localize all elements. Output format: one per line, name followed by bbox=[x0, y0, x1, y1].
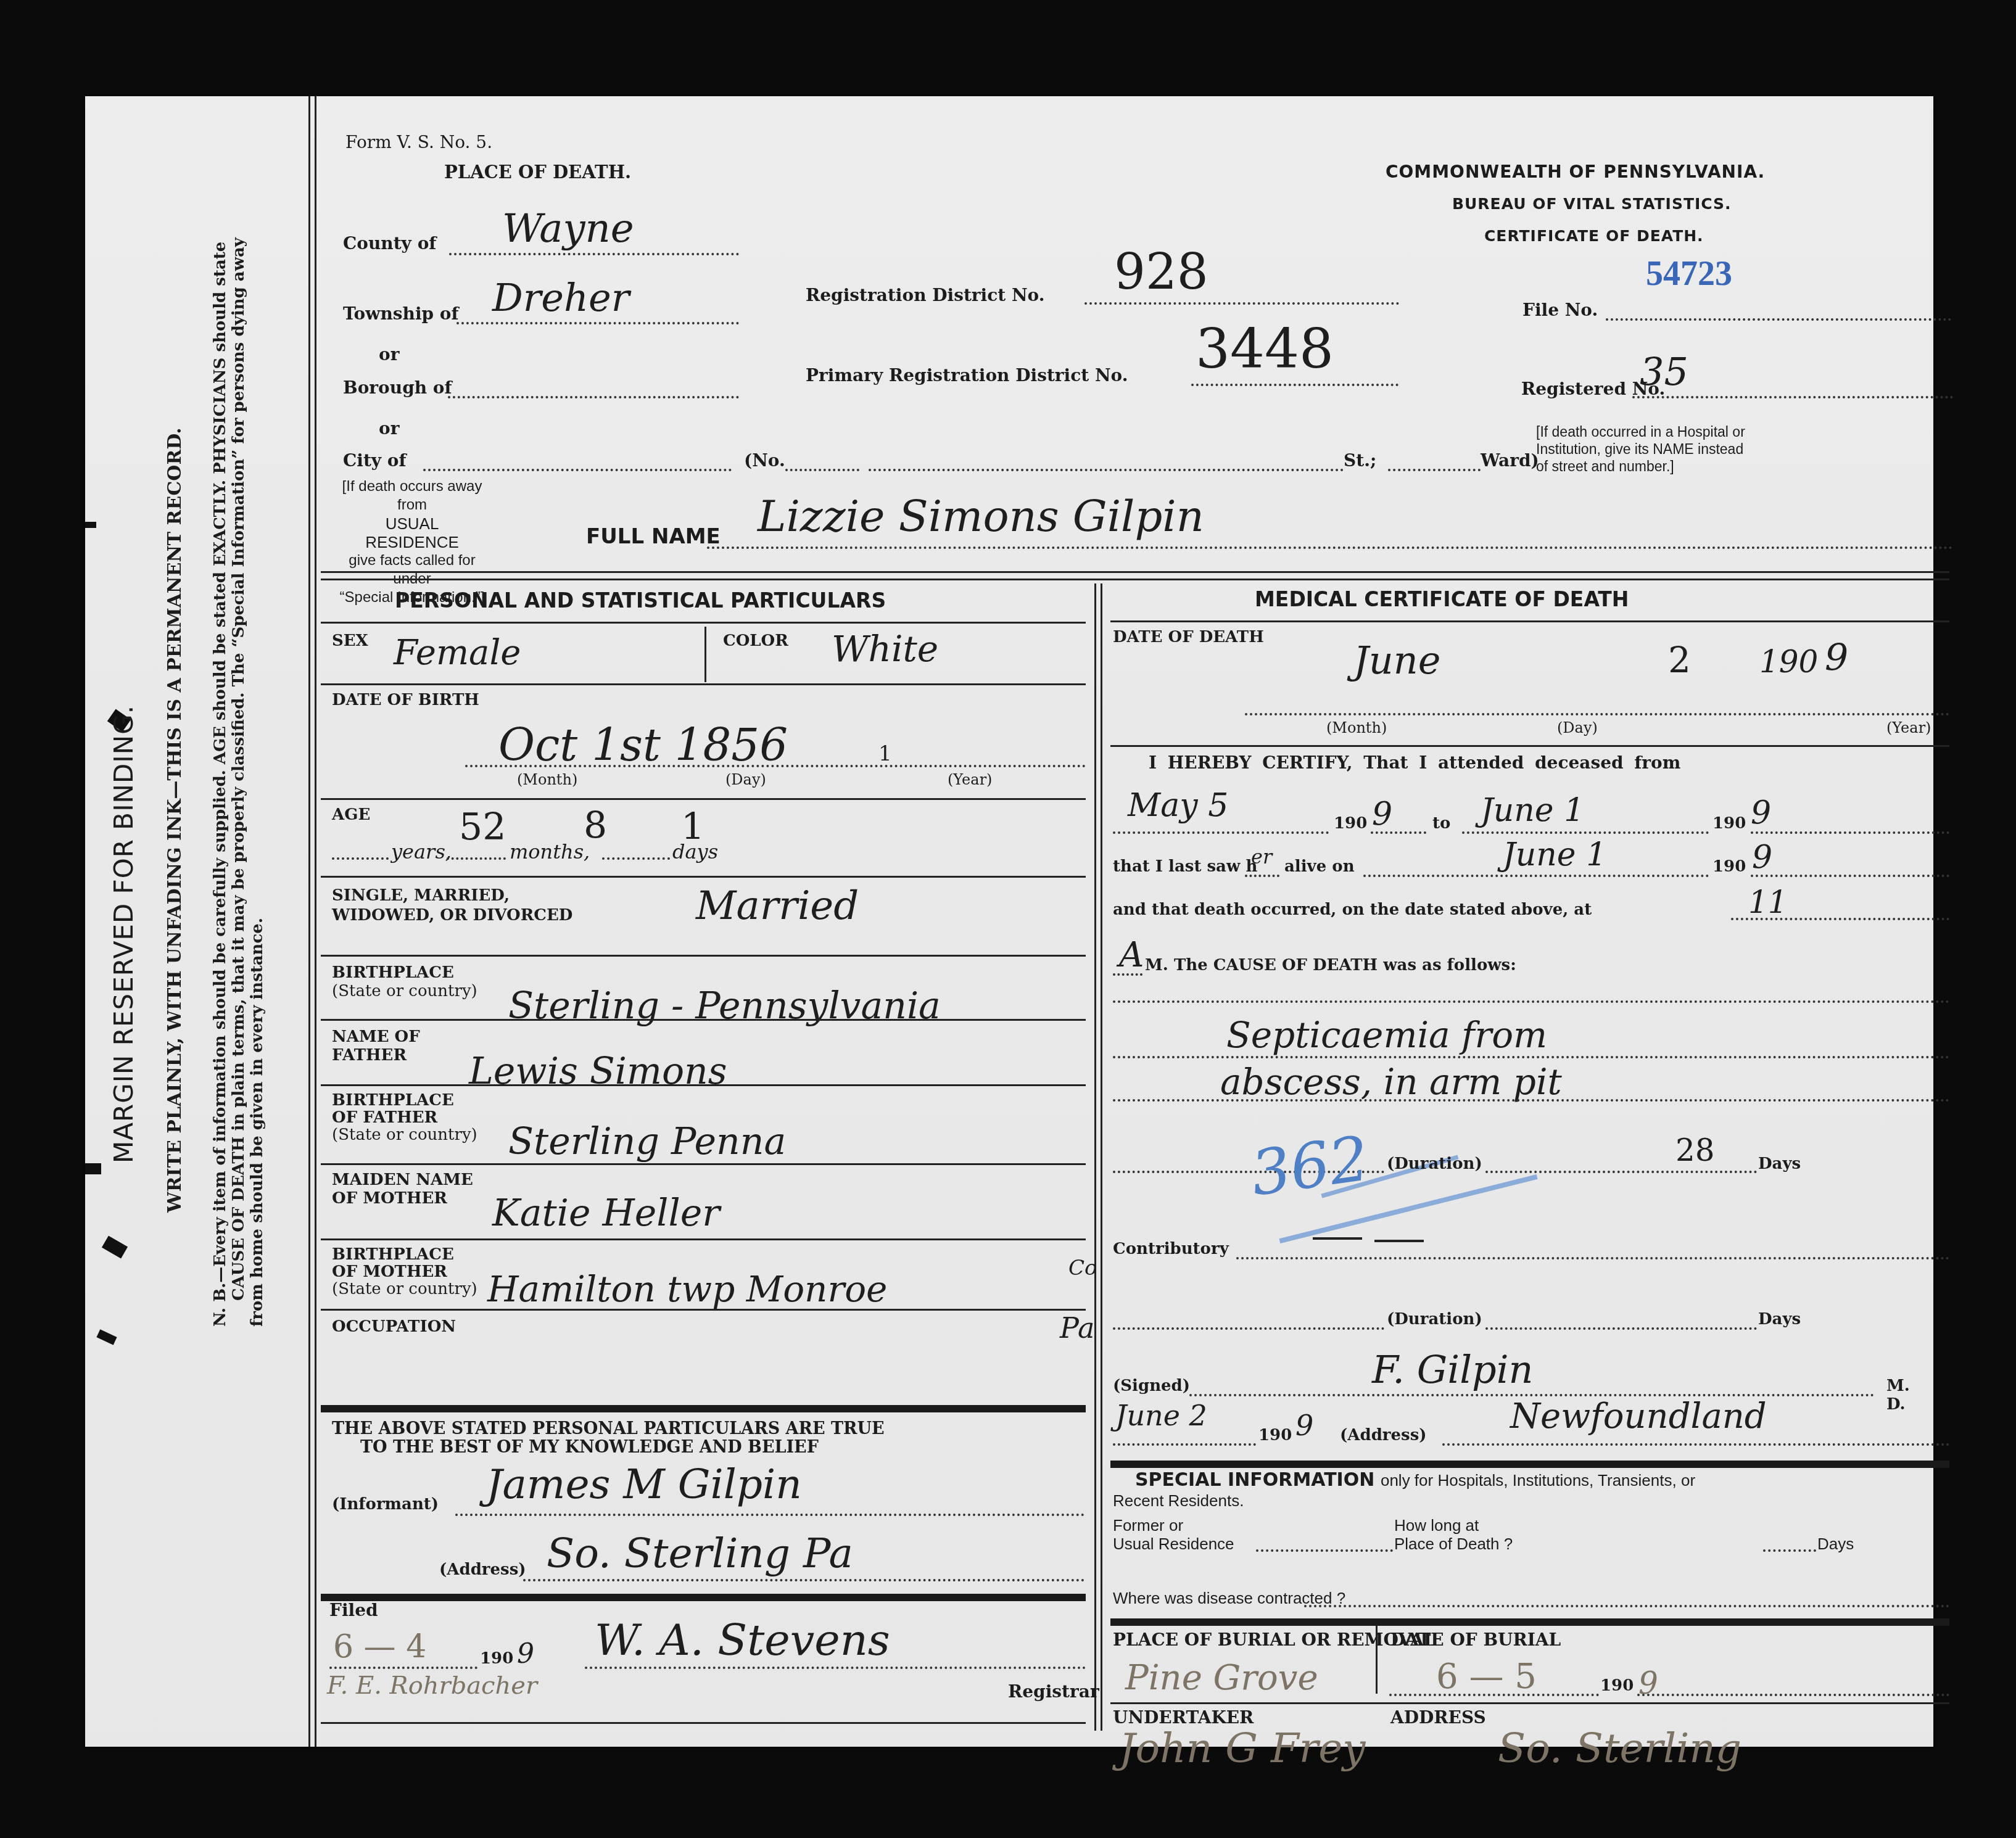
attended-from-year-prefix: 190 bbox=[1334, 814, 1367, 833]
physician-address-field[interactable] bbox=[1442, 1443, 1949, 1446]
color-label: COLOR bbox=[723, 632, 788, 650]
row-divider bbox=[1110, 620, 1949, 622]
column-divider bbox=[1094, 583, 1096, 1731]
filed-year-prefix: 190 bbox=[480, 1649, 513, 1668]
commonwealth-title: COMMONWEALTH OF PENNSYLVANIA. bbox=[1386, 162, 1765, 182]
bottom-rule bbox=[321, 1722, 1086, 1724]
filed-label: Filed bbox=[329, 1600, 378, 1620]
dob-value: Oct 1st 1856 bbox=[498, 719, 788, 771]
borough-label: Borough of bbox=[343, 377, 452, 398]
date-of-death-day: 2 bbox=[1668, 639, 1691, 681]
years-caption: years, bbox=[391, 840, 452, 863]
burial-date-field[interactable] bbox=[1389, 1694, 1599, 1696]
city-field[interactable] bbox=[423, 469, 732, 471]
burial-place-label: PLACE OF BURIAL OR REMOVAL bbox=[1113, 1630, 1436, 1650]
contributory-label: Contributory bbox=[1113, 1240, 1229, 1258]
marital-status-label: SINGLE, MARRIED, WIDOWED, OR DIVORCED bbox=[332, 886, 572, 925]
binding-tear bbox=[85, 1163, 101, 1174]
registrar-signature: W. A. Stevens bbox=[595, 1615, 890, 1665]
borough-field[interactable] bbox=[448, 396, 739, 398]
row-divider bbox=[321, 1309, 1086, 1311]
dob-year-caption: (Year) bbox=[948, 771, 992, 788]
father-birthplace-label: BIRTHPLACE OF FATHER (State or country) bbox=[332, 1092, 477, 1144]
certificate-title: CERTIFICATE OF DEATH. bbox=[1484, 227, 1704, 245]
section-divider bbox=[1110, 1618, 1949, 1626]
months-caption: months, bbox=[510, 840, 590, 863]
sex-value: Female bbox=[394, 633, 521, 673]
age-label: AGE bbox=[332, 806, 370, 824]
filed-date-field[interactable] bbox=[329, 1667, 477, 1669]
signed-date-field[interactable] bbox=[1113, 1443, 1256, 1446]
county-label: County of bbox=[343, 233, 436, 253]
certify-statement: I HEREBY CERTIFY, That I attended deceas… bbox=[1149, 752, 1680, 773]
how-long-label: How long at Place of Death ? bbox=[1394, 1516, 1513, 1553]
special-information-heading: SPECIAL INFORMATION only for Hospitals, … bbox=[1135, 1469, 1695, 1491]
disease-contracted-field[interactable] bbox=[1304, 1605, 1949, 1607]
personal-section-title: PERSONAL AND STATISTICAL PARTICULARS bbox=[395, 588, 886, 612]
cause-of-death-intro: M. The CAUSE OF DEATH was as follows: bbox=[1145, 956, 1516, 975]
physician-address-value: Newfoundland bbox=[1510, 1396, 1767, 1436]
informant-label: (Informant) bbox=[332, 1495, 439, 1514]
signed-year-prefix: 190 bbox=[1258, 1426, 1292, 1444]
former-residence-field[interactable] bbox=[1256, 1549, 1393, 1552]
row-divider bbox=[321, 683, 1086, 685]
row-divider bbox=[321, 955, 1086, 957]
full-name-label: FULL NAME bbox=[586, 524, 721, 549]
dod-year-caption: (Year) bbox=[1886, 719, 1931, 736]
physician-signature: F. Gilpin bbox=[1372, 1347, 1533, 1392]
row-divider bbox=[321, 798, 1086, 800]
informant-address-value: So. Sterling Pa bbox=[547, 1530, 853, 1577]
dob-label: DATE OF BIRTH bbox=[332, 691, 479, 709]
place-of-death-title: PLACE OF DEATH. bbox=[444, 162, 631, 183]
blue-pencil-code: 362 bbox=[1247, 1122, 1373, 1210]
primary-district-field[interactable] bbox=[1191, 384, 1398, 386]
row-divider bbox=[321, 1163, 1086, 1165]
primary-district-value: 3448 bbox=[1196, 317, 1334, 381]
attended-to-year: 9 bbox=[1751, 794, 1771, 831]
sex-color-divider bbox=[704, 627, 706, 682]
occupation-value[interactable] bbox=[480, 1315, 727, 1340]
cause-field-1[interactable] bbox=[1113, 1000, 1949, 1003]
margin-border bbox=[315, 96, 316, 1747]
permanent-record-notice: WRITE PLAINLY, WITH UNFADING INK—THIS IS… bbox=[164, 427, 186, 1213]
cause-dash-mark bbox=[1313, 1237, 1362, 1240]
filed-date-value: 6 — 4 bbox=[333, 1628, 426, 1665]
informant-address-label: (Address) bbox=[439, 1560, 526, 1579]
undertaker-address-value: So. Sterling bbox=[1498, 1725, 1741, 1772]
attended-to-year-field[interactable] bbox=[1751, 831, 1949, 834]
father-birthplace-value: Sterling Penna bbox=[508, 1120, 786, 1163]
father-name-label: NAME OF FATHER bbox=[332, 1028, 420, 1065]
dob-field[interactable] bbox=[465, 765, 1086, 767]
date-of-death-month: June bbox=[1353, 638, 1440, 683]
row-divider bbox=[321, 1238, 1086, 1240]
duration-field[interactable] bbox=[1485, 1171, 1757, 1173]
street-label: St.; bbox=[1344, 450, 1376, 471]
county-field[interactable] bbox=[449, 253, 739, 255]
attended-from-year-field[interactable] bbox=[1371, 831, 1426, 834]
last-saw-date-field[interactable] bbox=[1363, 875, 1709, 877]
special-information-subtitle: Recent Residents. bbox=[1113, 1491, 1244, 1510]
md-label: M. D. bbox=[1886, 1377, 1933, 1414]
mother-birthplace-county-mark: Co bbox=[1068, 1256, 1097, 1280]
contributory-duration-field[interactable] bbox=[1485, 1327, 1757, 1330]
signed-date-value: June 2 bbox=[1115, 1399, 1207, 1432]
street-name-field[interactable] bbox=[869, 469, 1344, 471]
date-of-death-label: DATE OF DEATH bbox=[1113, 628, 1264, 646]
full-name-value: Lizzie Simons Gilpin bbox=[758, 491, 1204, 542]
clerk-signature: F. E. Rohrbacher bbox=[327, 1671, 537, 1700]
usual-residence-note: [If death occurs away from USUAL RESIDEN… bbox=[338, 477, 486, 607]
date-of-death-year-suffix: 9 bbox=[1825, 637, 1848, 680]
informant-address-field[interactable] bbox=[523, 1579, 1084, 1581]
attended-to-value: June 1 bbox=[1481, 792, 1584, 829]
last-saw-year-field[interactable] bbox=[1751, 875, 1949, 877]
duration-label: (Duration) bbox=[1387, 1155, 1482, 1173]
cause-dash-mark bbox=[1374, 1240, 1424, 1242]
attended-to-year-prefix: 190 bbox=[1712, 814, 1746, 833]
birthplace-value: Sterling - Pennsylvania bbox=[508, 984, 941, 1028]
marital-status-value: Married bbox=[696, 883, 859, 929]
last-saw-pronoun: er bbox=[1251, 845, 1272, 868]
city-label: City of bbox=[343, 450, 407, 471]
binding-tear bbox=[102, 1235, 128, 1258]
file-no-field[interactable] bbox=[1606, 318, 1951, 321]
last-saw-label: that I last saw h bbox=[1113, 857, 1257, 876]
undertaker-value: John G Frey bbox=[1119, 1725, 1366, 1772]
informant-value: James M Gilpin bbox=[486, 1461, 802, 1508]
primary-district-label: Primary Registration District No. bbox=[806, 365, 1128, 385]
signed-year-suffix: 9 bbox=[1295, 1409, 1313, 1442]
contributory-duration-preline[interactable] bbox=[1113, 1327, 1384, 1330]
row-divider bbox=[321, 622, 1086, 624]
full-name-field[interactable] bbox=[707, 546, 1953, 549]
burial-date-value: 6 — 5 bbox=[1436, 1657, 1537, 1697]
township-field[interactable] bbox=[456, 322, 739, 324]
mother-birthplace-label: BIRTHPLACE OF MOTHER (State or country) bbox=[332, 1246, 477, 1298]
last-saw-pronoun-field[interactable] bbox=[1245, 875, 1279, 877]
cause-field-2[interactable] bbox=[1113, 1056, 1949, 1058]
cause-of-death-line-2: abscess, in arm pit bbox=[1220, 1061, 1562, 1103]
street-no-label: (No. bbox=[744, 450, 785, 471]
physician-address-label: (Address) bbox=[1340, 1426, 1427, 1444]
township-label: Township of bbox=[343, 303, 459, 324]
dob-day-caption: (Day) bbox=[725, 771, 766, 788]
sex-label: SEX bbox=[332, 632, 368, 650]
death-occurred-statement: and that death occurred, on the date sta… bbox=[1113, 900, 1592, 919]
days-caption: days bbox=[672, 840, 718, 863]
row-divider bbox=[1110, 745, 1949, 747]
divider bbox=[321, 571, 1949, 573]
street-no-field[interactable] bbox=[785, 469, 859, 471]
informant-field[interactable] bbox=[455, 1514, 1084, 1516]
attended-from-value: May 5 bbox=[1128, 787, 1228, 824]
duration-value: 28 bbox=[1675, 1132, 1715, 1168]
age-days-field[interactable] bbox=[602, 857, 670, 860]
row-divider bbox=[321, 876, 1086, 878]
hospital-note: [If death occurred in a Hospital or Inst… bbox=[1536, 423, 1754, 475]
last-saw-year: 9 bbox=[1752, 839, 1772, 876]
last-saw-date-value: June 1 bbox=[1503, 836, 1606, 873]
cause-field-3[interactable] bbox=[1113, 1099, 1949, 1102]
attended-from-year: 9 bbox=[1372, 796, 1392, 833]
registration-district-value: 928 bbox=[1114, 243, 1208, 300]
ward-label: Ward) bbox=[1481, 450, 1539, 471]
file-no-label: File No. bbox=[1522, 300, 1598, 320]
dob-year-mark: 1 bbox=[878, 741, 892, 766]
dod-month-caption: (Month) bbox=[1326, 719, 1387, 736]
death-hour-value: 11 bbox=[1748, 884, 1788, 920]
bureau-title: BUREAU OF VITAL STATISTICS. bbox=[1452, 195, 1732, 213]
burial-divider bbox=[1376, 1626, 1378, 1694]
or-label: or bbox=[379, 344, 399, 365]
attended-from-field[interactable] bbox=[1113, 831, 1329, 834]
father-name-value: Lewis Simons bbox=[469, 1050, 727, 1093]
registered-no-field[interactable] bbox=[1632, 396, 1953, 398]
duration-days-label: Days bbox=[1758, 1155, 1801, 1173]
row-divider bbox=[321, 1019, 1086, 1021]
mother-maiden-name-value: Katie Heller bbox=[492, 1192, 720, 1235]
burial-place-value: Pine Grove bbox=[1125, 1658, 1318, 1698]
medical-section-title: MEDICAL CERTIFICATE OF DEATH bbox=[1255, 587, 1629, 611]
burial-year-field[interactable] bbox=[1637, 1694, 1949, 1696]
ward-field[interactable] bbox=[1388, 469, 1481, 471]
or-label: or bbox=[379, 418, 399, 439]
color-value: White bbox=[832, 628, 938, 670]
section-divider bbox=[321, 1405, 1086, 1412]
binding-tear bbox=[85, 522, 96, 528]
mother-maiden-name-label: MAIDEN NAME OF MOTHER bbox=[332, 1171, 473, 1208]
age-years-value: 52 bbox=[459, 806, 506, 849]
death-certificate-page: MARGIN RESERVED FOR BINDING. WRITE PLAIN… bbox=[85, 96, 1933, 1747]
column-divider bbox=[1101, 583, 1102, 1731]
informant-statement: THE ABOVE STATED PERSONAL PARTICULARS AR… bbox=[332, 1420, 885, 1457]
date-of-death-year-prefix: 190 bbox=[1759, 644, 1818, 680]
contributory-duration-label: (Duration) bbox=[1387, 1310, 1482, 1329]
form-number: Form V. S. No. 5. bbox=[345, 132, 492, 152]
to-label: to bbox=[1432, 814, 1450, 833]
county-value: Wayne bbox=[502, 206, 634, 252]
contributory-days-label: Days bbox=[1758, 1310, 1801, 1329]
margin-border bbox=[308, 96, 310, 1747]
how-long-days-label: Days bbox=[1817, 1535, 1854, 1554]
file-number-stamp: 54723 bbox=[1646, 254, 1732, 294]
last-saw-year-prefix: 190 bbox=[1712, 857, 1746, 876]
am-pm-field[interactable] bbox=[1113, 973, 1142, 976]
nb-instructions: N. B.—Every item of information should b… bbox=[211, 237, 266, 1327]
registrar-label: Registrar bbox=[1008, 1681, 1099, 1702]
section-divider bbox=[1110, 1461, 1949, 1468]
dob-month-caption: (Month) bbox=[517, 771, 577, 788]
row-divider bbox=[1110, 1702, 1949, 1704]
dod-day-caption: (Day) bbox=[1557, 719, 1598, 736]
mother-birthplace-value: Hamilton twp Monroe bbox=[487, 1268, 887, 1310]
contributory-field[interactable] bbox=[1236, 1257, 1949, 1259]
divider bbox=[321, 579, 1949, 580]
how-long-field[interactable] bbox=[1763, 1549, 1816, 1552]
death-hour-field[interactable] bbox=[1731, 918, 1949, 920]
mother-birthplace-state-mark: Pa bbox=[1060, 1311, 1094, 1345]
birthplace-label: BIRTHPLACE (State or country) bbox=[332, 963, 477, 1000]
township-value: Dreher bbox=[492, 275, 629, 320]
burial-year-prefix: 190 bbox=[1600, 1676, 1634, 1695]
cause-of-death-line-1: Septicaemia from bbox=[1226, 1014, 1547, 1056]
occupation-label: OCCUPATION bbox=[332, 1317, 456, 1336]
registration-district-field[interactable] bbox=[1084, 302, 1399, 305]
row-divider bbox=[321, 1084, 1086, 1086]
age-months-field[interactable] bbox=[447, 857, 506, 860]
binding-tear bbox=[96, 1329, 117, 1345]
former-residence-label: Former or Usual Residence bbox=[1113, 1516, 1234, 1553]
filed-year-suffix: 9 bbox=[517, 1638, 534, 1670]
section-divider bbox=[321, 1594, 1086, 1601]
registered-no-value: 35 bbox=[1640, 349, 1688, 394]
attended-to-field[interactable] bbox=[1462, 831, 1709, 834]
binding-margin-text: MARGIN RESERVED FOR BINDING. bbox=[109, 705, 139, 1163]
burial-date-label: DATE OF BURIAL bbox=[1390, 1630, 1561, 1650]
age-years-field[interactable] bbox=[332, 857, 389, 860]
registrar-field[interactable] bbox=[585, 1667, 1086, 1669]
am-pm-value: A bbox=[1119, 935, 1144, 975]
date-of-death-field[interactable] bbox=[1245, 713, 1949, 715]
alive-on-label: alive on bbox=[1284, 857, 1355, 876]
registration-district-label: Registration District No. bbox=[806, 285, 1045, 305]
signed-label: (Signed) bbox=[1113, 1377, 1190, 1395]
